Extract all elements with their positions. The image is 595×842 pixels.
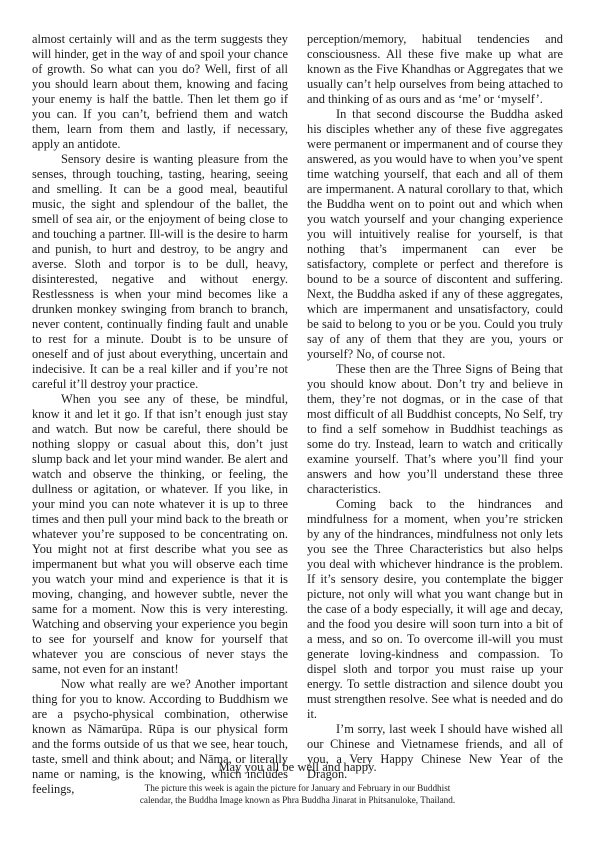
paragraph-five-khandhas: perception/memory, habitual tendencies a…	[307, 32, 563, 107]
paragraph-mindful-watching: When you see any of these, be mindful, k…	[32, 392, 288, 677]
right-column: perception/memory, habitual tendencies a…	[307, 32, 563, 782]
paragraph-three-signs: These then are the Three Signs of Being …	[307, 362, 563, 497]
document-page: almost certainly will and as the term su…	[0, 0, 595, 842]
paragraph-sensory-desire: Sensory desire is wanting pleasure from …	[32, 152, 288, 392]
paragraph-second-discourse: In that second discourse the Buddha aske…	[307, 107, 563, 362]
closing-blessing: May you all be well and happy.	[0, 760, 595, 775]
caption-line-2: calendar, the Buddha Image known as Phra…	[0, 794, 595, 806]
paragraph-namarupa: Now what really are we? Another importan…	[32, 677, 288, 797]
picture-caption: The picture this week is again the pictu…	[0, 782, 595, 806]
caption-line-1: The picture this week is again the pictu…	[0, 782, 595, 794]
paragraph-hindrances-intro: almost certainly will and as the term su…	[32, 32, 288, 152]
left-column: almost certainly will and as the term su…	[32, 32, 288, 797]
paragraph-hindrances-antidotes: Coming back to the hindrances and mindfu…	[307, 497, 563, 722]
